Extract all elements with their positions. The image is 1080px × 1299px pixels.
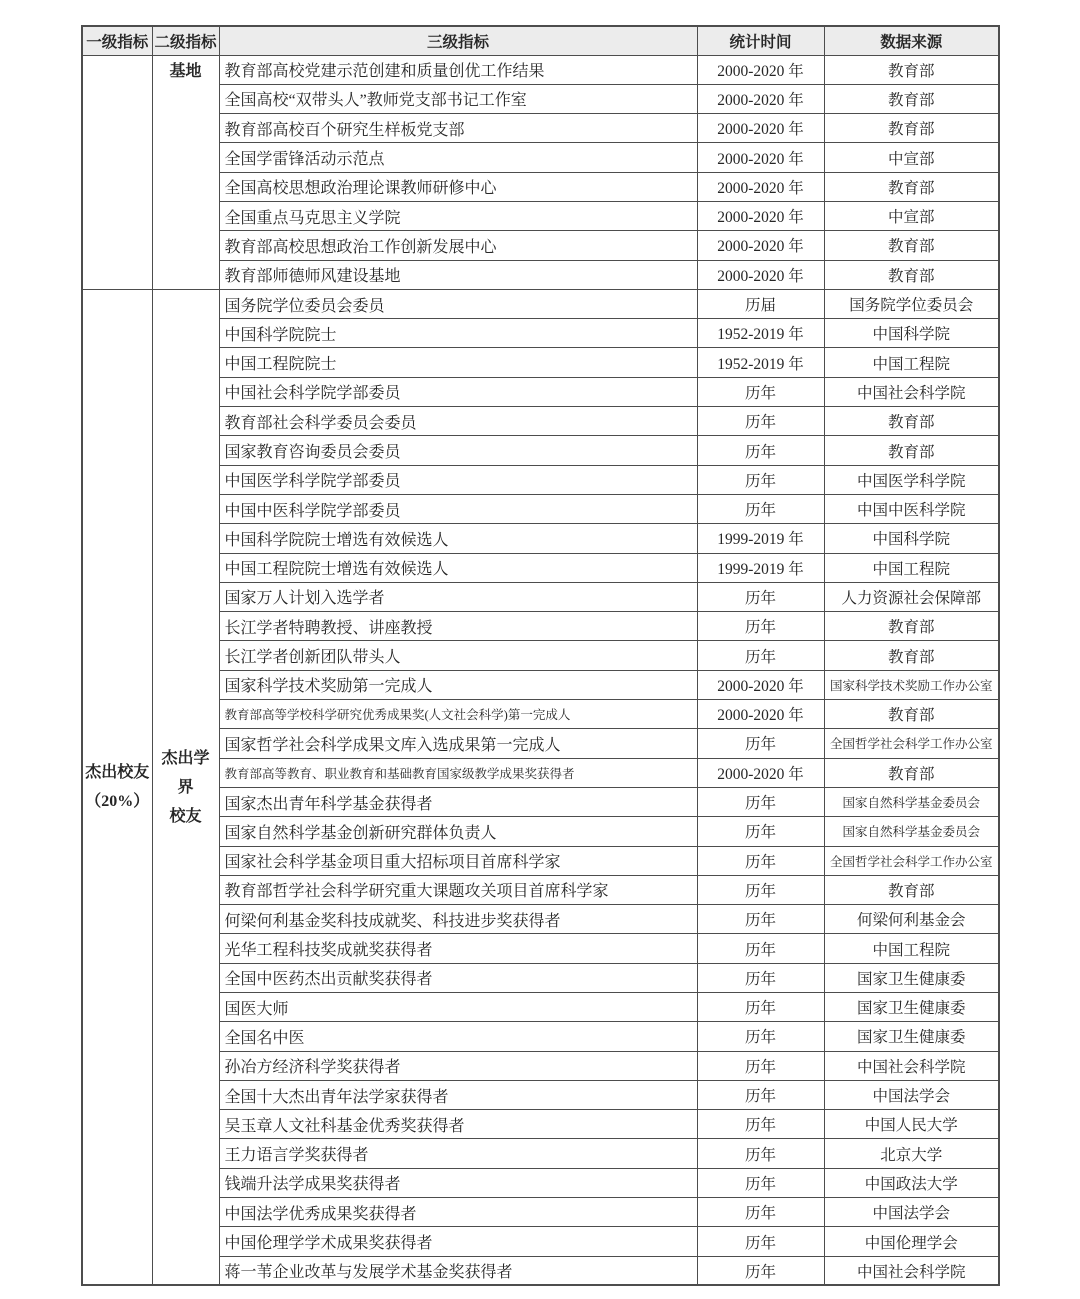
time-cell: 历年 (697, 1051, 824, 1080)
time-cell: 历年 (697, 1198, 824, 1227)
table-row: 基地教育部高校党建示范创建和质量创优工作结果2000-2020 年教育部 (82, 55, 999, 84)
source-cell: 中宣部 (824, 201, 999, 230)
table-row: 中国中医科学院学部委员历年中国中医科学院 (82, 494, 999, 523)
indicator-cell: 吴玉章人文社科基金优秀奖获得者 (219, 1110, 697, 1139)
table-row: 全国高校“双带头人”教师党支部书记工作室2000-2020 年教育部 (82, 84, 999, 113)
indicator-cell: 蒋一苇企业改革与发展学术基金奖获得者 (219, 1256, 697, 1285)
time-cell: 历年 (697, 934, 824, 963)
source-cell: 人力资源社会保障部 (824, 582, 999, 611)
table-row: 国家科学技术奖励第一完成人2000-2020 年国家科学技术奖励工作办公室 (82, 670, 999, 699)
source-cell: 教育部 (824, 758, 999, 787)
time-cell: 历年 (697, 1080, 824, 1109)
header-time: 统计时间 (697, 26, 824, 55)
table-row: 王力语言学奖获得者历年北京大学 (82, 1139, 999, 1168)
table-row: 教育部师德师风建设基地2000-2020 年教育部 (82, 260, 999, 289)
header-level3: 三级指标 (219, 26, 697, 55)
source-cell: 中国医学科学院 (824, 465, 999, 494)
time-cell: 历年 (697, 436, 824, 465)
source-cell: 全国哲学社会科学工作办公室 (824, 846, 999, 875)
indicator-cell: 中国工程院院士增选有效候选人 (219, 553, 697, 582)
indicator-cell: 国务院学位委员会委员 (219, 289, 697, 318)
table-row: 全国学雷锋活动示范点2000-2020 年中宣部 (82, 143, 999, 172)
time-cell: 历届 (697, 289, 824, 318)
level1-cell (82, 55, 152, 289)
time-cell: 历年 (697, 1110, 824, 1139)
table-row: 国医大师历年国家卫生健康委 (82, 993, 999, 1022)
indicator-table: 一级指标 二级指标 三级指标 统计时间 数据来源 基地教育部高校党建示范创建和质… (81, 25, 1000, 1286)
source-cell: 中国社会科学院 (824, 1051, 999, 1080)
table-row: 教育部高校思想政治工作创新发展中心2000-2020 年教育部 (82, 231, 999, 260)
indicator-cell: 全国中医药杰出贡献奖获得者 (219, 963, 697, 992)
table-row: 中国工程院院士1952-2019 年中国工程院 (82, 348, 999, 377)
source-cell: 教育部 (824, 700, 999, 729)
source-cell: 中国政法大学 (824, 1168, 999, 1197)
time-cell: 2000-2020 年 (697, 758, 824, 787)
time-cell: 2000-2020 年 (697, 172, 824, 201)
table-row: 吴玉章人文社科基金优秀奖获得者历年中国人民大学 (82, 1110, 999, 1139)
indicator-cell: 教育部高等教育、职业教育和基础教育国家级教学成果奖获得者 (219, 758, 697, 787)
source-cell: 教育部 (824, 436, 999, 465)
time-cell: 历年 (697, 1256, 824, 1285)
indicator-cell: 教育部社会科学委员会委员 (219, 407, 697, 436)
table-row: 中国社会科学院学部委员历年中国社会科学院 (82, 377, 999, 406)
table-row: 国家社会科学基金项目重大招标项目首席科学家历年全国哲学社会科学工作办公室 (82, 846, 999, 875)
indicator-cell: 国家万人计划入选学者 (219, 582, 697, 611)
source-cell: 教育部 (824, 641, 999, 670)
time-cell: 2000-2020 年 (697, 143, 824, 172)
source-cell: 教育部 (824, 114, 999, 143)
indicator-cell: 教育部高校党建示范创建和质量创优工作结果 (219, 55, 697, 84)
table-row: 全国名中医历年国家卫生健康委 (82, 1022, 999, 1051)
table-row: 中国科学院院士1952-2019 年中国科学院 (82, 319, 999, 348)
time-cell: 历年 (697, 407, 824, 436)
source-cell: 中国法学会 (824, 1080, 999, 1109)
time-cell: 1952-2019 年 (697, 319, 824, 348)
indicator-cell: 国家哲学社会科学成果文库入选成果第一完成人 (219, 729, 697, 758)
source-cell: 国家卫生健康委 (824, 993, 999, 1022)
table-row: 全国中医药杰出贡献奖获得者历年国家卫生健康委 (82, 963, 999, 992)
table-row: 中国工程院院士增选有效候选人1999-2019 年中国工程院 (82, 553, 999, 582)
time-cell: 历年 (697, 875, 824, 904)
table-row: 国家杰出青年科学基金获得者历年国家自然科学基金委员会 (82, 787, 999, 816)
time-cell: 历年 (697, 1139, 824, 1168)
time-cell: 1952-2019 年 (697, 348, 824, 377)
indicator-cell: 全国学雷锋活动示范点 (219, 143, 697, 172)
header-source: 数据来源 (824, 26, 999, 55)
source-cell: 中宣部 (824, 143, 999, 172)
indicator-cell: 国家自然科学基金创新研究群体负责人 (219, 817, 697, 846)
table-row: 国家自然科学基金创新研究群体负责人历年国家自然科学基金委员会 (82, 817, 999, 846)
table-row: 何梁何利基金奖科技成就奖、科技进步奖获得者历年何梁何利基金会 (82, 905, 999, 934)
time-cell: 历年 (697, 494, 824, 523)
indicator-cell: 中国工程院院士 (219, 348, 697, 377)
source-cell: 国家自然科学基金委员会 (824, 787, 999, 816)
indicator-cell: 国医大师 (219, 993, 697, 1022)
time-cell: 历年 (697, 582, 824, 611)
time-cell: 历年 (697, 846, 824, 875)
indicator-cell: 国家杰出青年科学基金获得者 (219, 787, 697, 816)
indicator-cell: 中国中医科学院学部委员 (219, 494, 697, 523)
source-cell: 教育部 (824, 407, 999, 436)
time-cell: 2000-2020 年 (697, 260, 824, 289)
source-cell: 教育部 (824, 231, 999, 260)
time-cell: 历年 (697, 465, 824, 494)
indicator-cell: 中国伦理学学术成果奖获得者 (219, 1227, 697, 1256)
time-cell: 2000-2020 年 (697, 55, 824, 84)
source-cell: 国家科学技术奖励工作办公室 (824, 670, 999, 699)
time-cell: 历年 (697, 905, 824, 934)
table-row: 教育部高等教育、职业教育和基础教育国家级教学成果奖获得者2000-2020 年教… (82, 758, 999, 787)
time-cell: 历年 (697, 729, 824, 758)
indicator-cell: 中国科学院院士增选有效候选人 (219, 524, 697, 553)
source-cell: 中国法学会 (824, 1198, 999, 1227)
table-row: 教育部哲学社会科学研究重大课题攻关项目首席科学家历年教育部 (82, 875, 999, 904)
time-cell: 2000-2020 年 (697, 231, 824, 260)
source-cell: 教育部 (824, 172, 999, 201)
table-row: 孙冶方经济科学奖获得者历年中国社会科学院 (82, 1051, 999, 1080)
document-page: 一级指标 二级指标 三级指标 统计时间 数据来源 基地教育部高校党建示范创建和质… (0, 0, 1080, 1299)
table-row: 长江学者特聘教授、讲座教授历年教育部 (82, 612, 999, 641)
table-row: 全国高校思想政治理论课教师研修中心2000-2020 年教育部 (82, 172, 999, 201)
table-row: 中国法学优秀成果奖获得者历年中国法学会 (82, 1198, 999, 1227)
source-cell: 国务院学位委员会 (824, 289, 999, 318)
source-cell: 教育部 (824, 55, 999, 84)
source-cell: 教育部 (824, 612, 999, 641)
indicator-cell: 王力语言学奖获得者 (219, 1139, 697, 1168)
indicator-cell: 光华工程科技奖成就奖获得者 (219, 934, 697, 963)
table-row: 教育部社会科学委员会委员历年教育部 (82, 407, 999, 436)
table-row: 杰出校友 （20%）杰出学界 校友国务院学位委员会委员历届国务院学位委员会 (82, 289, 999, 318)
source-cell: 何梁何利基金会 (824, 905, 999, 934)
header-level1: 一级指标 (82, 26, 152, 55)
indicator-cell: 全国名中医 (219, 1022, 697, 1051)
indicator-cell: 教育部高校思想政治工作创新发展中心 (219, 231, 697, 260)
time-cell: 历年 (697, 1022, 824, 1051)
indicator-cell: 国家教育咨询委员会委员 (219, 436, 697, 465)
indicator-cell: 中国法学优秀成果奖获得者 (219, 1198, 697, 1227)
indicator-cell: 孙冶方经济科学奖获得者 (219, 1051, 697, 1080)
indicator-cell: 教育部哲学社会科学研究重大课题攻关项目首席科学家 (219, 875, 697, 904)
time-cell: 历年 (697, 377, 824, 406)
table-row: 中国科学院院士增选有效候选人1999-2019 年中国科学院 (82, 524, 999, 553)
header-level2: 二级指标 (152, 26, 219, 55)
source-cell: 中国社会科学院 (824, 1256, 999, 1285)
indicator-cell: 长江学者特聘教授、讲座教授 (219, 612, 697, 641)
source-cell: 中国工程院 (824, 553, 999, 582)
indicator-cell: 全国十大杰出青年法学家获得者 (219, 1080, 697, 1109)
time-cell: 历年 (697, 1168, 824, 1197)
level2-cell: 杰出学界 校友 (152, 289, 219, 1285)
header-row: 一级指标 二级指标 三级指标 统计时间 数据来源 (82, 26, 999, 55)
source-cell: 中国科学院 (824, 319, 999, 348)
indicator-cell: 教育部高校百个研究生样板党支部 (219, 114, 697, 143)
table-row: 全国重点马克思主义学院2000-2020 年中宣部 (82, 201, 999, 230)
time-cell: 2000-2020 年 (697, 201, 824, 230)
time-cell: 2000-2020 年 (697, 84, 824, 113)
time-cell: 2000-2020 年 (697, 670, 824, 699)
source-cell: 中国中医科学院 (824, 494, 999, 523)
source-cell: 教育部 (824, 84, 999, 113)
source-cell: 中国工程院 (824, 934, 999, 963)
indicator-cell: 国家社会科学基金项目重大招标项目首席科学家 (219, 846, 697, 875)
table-row: 国家万人计划入选学者历年人力资源社会保障部 (82, 582, 999, 611)
table-row: 中国医学科学院学部委员历年中国医学科学院 (82, 465, 999, 494)
indicator-cell: 全国重点马克思主义学院 (219, 201, 697, 230)
time-cell: 历年 (697, 963, 824, 992)
source-cell: 国家卫生健康委 (824, 1022, 999, 1051)
source-cell: 中国伦理学会 (824, 1227, 999, 1256)
time-cell: 历年 (697, 993, 824, 1022)
level2-cell: 基地 (152, 55, 219, 289)
table-row: 国家哲学社会科学成果文库入选成果第一完成人历年全国哲学社会科学工作办公室 (82, 729, 999, 758)
table-row: 中国伦理学学术成果奖获得者历年中国伦理学会 (82, 1227, 999, 1256)
indicator-cell: 中国科学院院士 (219, 319, 697, 348)
time-cell: 历年 (697, 641, 824, 670)
level1-cell: 杰出校友 （20%） (82, 289, 152, 1285)
time-cell: 2000-2020 年 (697, 700, 824, 729)
table-row: 钱端升法学成果奖获得者历年中国政法大学 (82, 1168, 999, 1197)
source-cell: 全国哲学社会科学工作办公室 (824, 729, 999, 758)
time-cell: 历年 (697, 1227, 824, 1256)
time-cell: 历年 (697, 612, 824, 641)
indicator-cell: 长江学者创新团队带头人 (219, 641, 697, 670)
indicator-cell: 中国医学科学院学部委员 (219, 465, 697, 494)
indicator-cell: 国家科学技术奖励第一完成人 (219, 670, 697, 699)
source-cell: 国家自然科学基金委员会 (824, 817, 999, 846)
table-row: 长江学者创新团队带头人历年教育部 (82, 641, 999, 670)
source-cell: 教育部 (824, 875, 999, 904)
source-cell: 中国人民大学 (824, 1110, 999, 1139)
table-row: 教育部高校百个研究生样板党支部2000-2020 年教育部 (82, 114, 999, 143)
source-cell: 中国工程院 (824, 348, 999, 377)
source-cell: 中国社会科学院 (824, 377, 999, 406)
source-cell: 国家卫生健康委 (824, 963, 999, 992)
time-cell: 历年 (697, 787, 824, 816)
table-row: 教育部高等学校科学研究优秀成果奖(人文社会科学)第一完成人2000-2020 年… (82, 700, 999, 729)
table-row: 全国十大杰出青年法学家获得者历年中国法学会 (82, 1080, 999, 1109)
source-cell: 教育部 (824, 260, 999, 289)
indicator-cell: 何梁何利基金奖科技成就奖、科技进步奖获得者 (219, 905, 697, 934)
indicator-cell: 全国高校“双带头人”教师党支部书记工作室 (219, 84, 697, 113)
time-cell: 1999-2019 年 (697, 524, 824, 553)
indicator-cell: 全国高校思想政治理论课教师研修中心 (219, 172, 697, 201)
table-row: 国家教育咨询委员会委员历年教育部 (82, 436, 999, 465)
source-cell: 北京大学 (824, 1139, 999, 1168)
indicator-cell: 教育部高等学校科学研究优秀成果奖(人文社会科学)第一完成人 (219, 700, 697, 729)
time-cell: 1999-2019 年 (697, 553, 824, 582)
time-cell: 2000-2020 年 (697, 114, 824, 143)
indicator-cell: 教育部师德师风建设基地 (219, 260, 697, 289)
indicator-cell: 中国社会科学院学部委员 (219, 377, 697, 406)
table-row: 蒋一苇企业改革与发展学术基金奖获得者历年中国社会科学院 (82, 1256, 999, 1285)
table-row: 光华工程科技奖成就奖获得者历年中国工程院 (82, 934, 999, 963)
indicator-cell: 钱端升法学成果奖获得者 (219, 1168, 697, 1197)
source-cell: 中国科学院 (824, 524, 999, 553)
time-cell: 历年 (697, 817, 824, 846)
